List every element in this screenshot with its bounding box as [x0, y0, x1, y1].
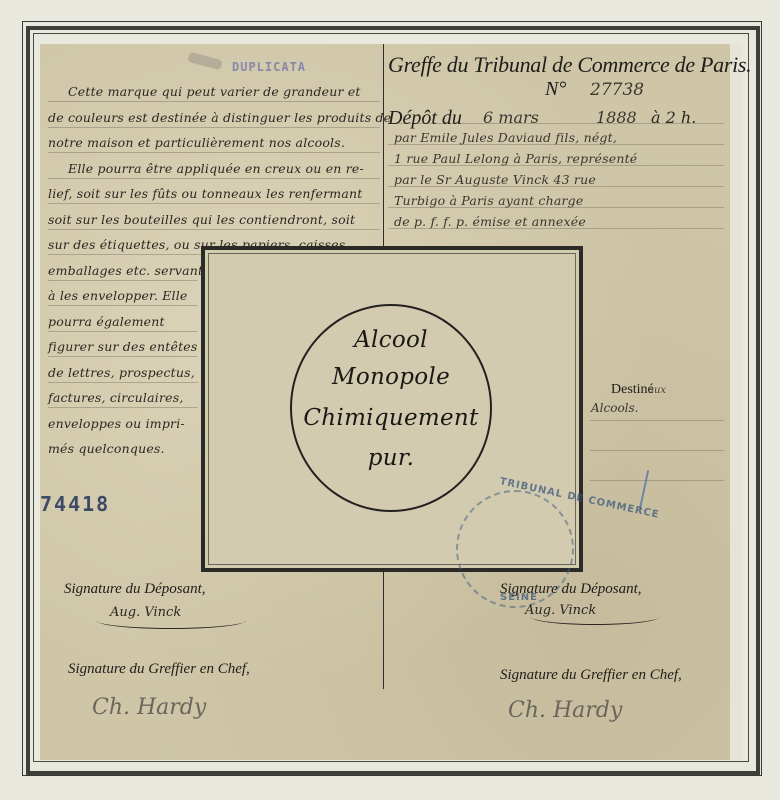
duplicata-stamp: DUPLICATA	[232, 60, 306, 74]
ruled-line	[48, 203, 380, 204]
deposit-detail-line: par Emile Jules Daviaud fils, négt,	[394, 130, 617, 145]
ruled-line	[48, 356, 198, 357]
deposit-detail-line: par le Sr Auguste Vinck 43 rue	[394, 172, 596, 187]
ruled-line	[48, 178, 380, 179]
ruled-line	[590, 420, 724, 421]
description-line: figurer sur des entêtes	[48, 339, 198, 354]
description-line: de lettres, prospectus,	[48, 365, 195, 380]
destination-value: Alcools.	[591, 401, 638, 415]
signature-flourish	[530, 608, 660, 625]
description-line: enveloppes ou impri-	[48, 416, 185, 431]
ruled-line	[48, 229, 380, 230]
description-line: Cette marque qui peut varier de grandeur…	[68, 84, 361, 99]
destination-suffix: aux	[648, 385, 666, 396]
description-line: pourra également	[48, 314, 165, 329]
depositor-signature-label-left: Signature du Déposant,	[64, 581, 206, 598]
clerk-signature-label-left: Signature du Greffier en Chef,	[68, 661, 250, 678]
ruled-line	[48, 280, 198, 281]
ruled-line	[590, 450, 724, 451]
clerk-signature-left: Ch. Hardy	[92, 695, 206, 720]
depot-date: 6 mars	[483, 108, 539, 127]
description-line: soit sur les bouteilles qui les contiend…	[48, 212, 355, 227]
numero-value: 27738	[590, 80, 644, 100]
right-margin	[730, 44, 742, 760]
description-line: à les envelopper. Elle	[48, 288, 188, 303]
registry-title: Greffe du Tribunal de Commerce de Paris.	[388, 52, 751, 78]
ruled-line	[48, 407, 198, 408]
depositor-signature-label-right: Signature du Déposant,	[500, 581, 642, 598]
description-line: lief, soit sur les fûts ou tonneaux les …	[48, 186, 362, 201]
ruled-line	[48, 152, 380, 153]
description-line: notre maison et particulièrement nos alc…	[48, 135, 345, 150]
ruled-line	[590, 480, 724, 481]
clerk-signature-label-right: Signature du Greffier en Chef,	[500, 667, 682, 684]
depot-year: 1888	[596, 108, 637, 127]
numero-label: N°	[545, 78, 566, 101]
ruled-line	[48, 331, 198, 332]
depot-label: Dépôt du	[388, 107, 462, 130]
depot-time: à 2 h.	[651, 108, 696, 127]
ruled-line	[48, 382, 198, 383]
deposit-detail-line: Turbigo à Paris ayant charge	[394, 193, 583, 208]
deposit-detail-line: 1 rue Paul Lelong à Paris, représenté	[394, 151, 637, 166]
serial-number: 74418	[40, 492, 110, 516]
clerk-signature-right: Ch. Hardy	[508, 698, 622, 723]
ruled-line	[48, 101, 380, 102]
description-line: de couleurs est destinée à distinguer le…	[48, 110, 391, 125]
description-line: factures, circulaires,	[48, 390, 184, 405]
ruled-line	[48, 305, 198, 306]
description-line: emballages etc. servant	[48, 263, 203, 278]
description-line: Elle pourra être appliquée en creux ou e…	[68, 161, 364, 176]
trademark-line-4: pur.	[271, 445, 511, 471]
description-line: més quelconques.	[48, 441, 165, 456]
trademark-line-1: Alcool	[271, 327, 511, 353]
deposit-detail-line: de p. f. f. p. émise et annexée	[394, 214, 586, 229]
ruled-line	[48, 127, 380, 128]
signature-flourish	[96, 612, 246, 629]
trademark-line-2: Monopole	[271, 364, 511, 390]
trademark-line-3: Chimiquement	[271, 405, 511, 431]
